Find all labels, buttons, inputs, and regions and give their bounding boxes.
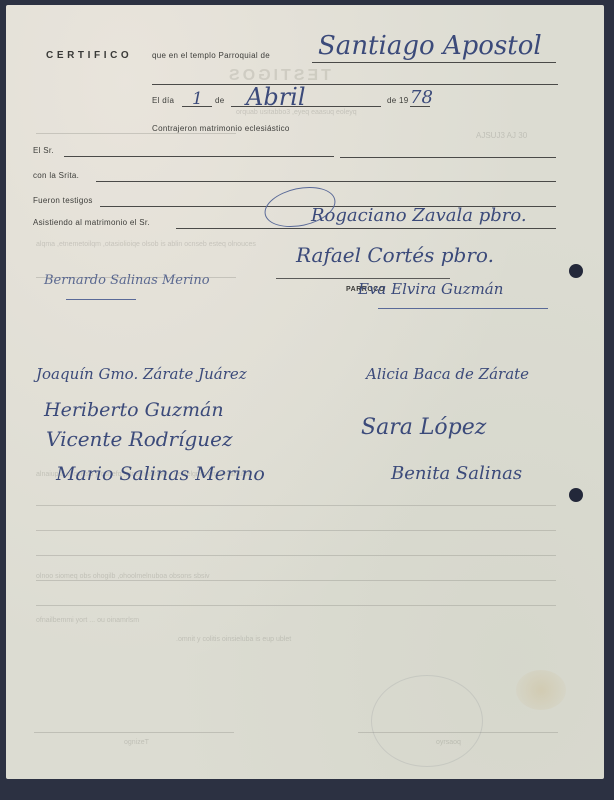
signature: Joaquín Gmo. Zárate Juárez (36, 365, 247, 383)
bride-label: con la Srita. (33, 171, 79, 180)
parish-label: que en el templo Parroquial de (152, 51, 270, 60)
certificate-page: TESTIGOS CERTIFICO que en el templo Parr… (6, 5, 604, 779)
officiant-label: Asistiendo al matrimonio el Sr. (33, 218, 150, 227)
month-value: Abril (246, 83, 306, 111)
bleed-through-text: AJSUJ3 AJ 30 (476, 131, 527, 140)
signature: Mario Salinas Merino (56, 463, 265, 485)
parish-line (312, 62, 556, 63)
priest-signature: Rafael Cortés pbro. (296, 243, 494, 267)
bleed-through-line (36, 555, 556, 556)
bleed-through-seal (371, 675, 483, 767)
signature: Heriberto Guzmán (44, 399, 224, 421)
bleed-through-line (36, 505, 556, 506)
punch-hole (569, 488, 583, 502)
punch-hole (569, 264, 583, 278)
married-label: Contrajeron matrimonio eclesiástico (152, 124, 290, 133)
bleed-through-sign-line (34, 732, 234, 733)
witnesses-label: Fueron testigos (33, 196, 93, 205)
day-value: 1 (192, 89, 203, 109)
groom-line-2 (340, 157, 556, 158)
bleed-through-text: olnoo siomeq obs ohogilb ,ohoolmelnuboa … (36, 573, 210, 580)
bleed-through-text: .omnit y colitis oinsieluba is eup ublet (176, 636, 291, 643)
signature: Benita Salinas (391, 463, 522, 484)
signature: Bernardo Salinas Merino (44, 273, 210, 288)
officiant-value: Rogaciano Zavala pbro. (311, 205, 527, 226)
bleed-through-line (36, 580, 556, 581)
certificate-heading: CERTIFICO (46, 50, 132, 61)
bleed-through-text: ofnailbemmi yort ... ou oinamrlsm (36, 617, 139, 624)
bleed-through-text: alqma ,etnemetoilqm ,otasiolioiqe olsob … (36, 241, 256, 248)
paper-stain (516, 670, 566, 710)
signature: Sara López (361, 415, 486, 440)
priest-line (276, 278, 450, 279)
signature: Alicia Baca de Zárate (366, 365, 529, 383)
day-label: El día (152, 96, 174, 105)
year-label: de 19 (387, 96, 409, 105)
signature: Eva Elvira Guzmán (358, 280, 503, 298)
parish-value: Santiago Apostol (318, 31, 542, 61)
signature-underline (378, 308, 548, 309)
bleed-through-line (36, 530, 556, 531)
parish-line-2 (152, 84, 558, 85)
of-label: de (215, 96, 225, 105)
signature-underline (66, 299, 136, 300)
bleed-through-text: ognizeT (124, 739, 149, 746)
groom-label: El Sr. (33, 146, 54, 155)
bride-line (96, 181, 556, 182)
bleed-through-line (36, 133, 236, 134)
bleed-through-line (36, 605, 556, 606)
officiant-line (176, 228, 556, 229)
year-value: 78 (410, 87, 433, 108)
groom-line-1 (64, 156, 334, 157)
bleed-through-text: orquab usitabbo3 ,eyeq eaasuq eoleyq (236, 109, 357, 116)
signature: Vicente Rodríguez (46, 427, 233, 451)
